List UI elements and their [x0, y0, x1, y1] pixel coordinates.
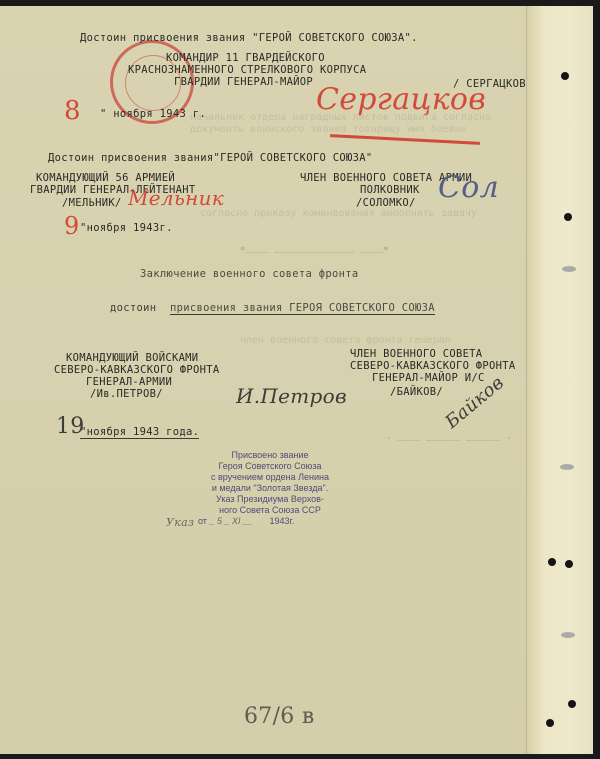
- award-stamp-date-value: _ 5 _ XI __: [209, 516, 253, 526]
- section1-commander-title-2: КРАСНОЗНАМЕННОГО СТРЕЛКОВОГО КОРПУСА: [128, 64, 366, 76]
- section1-commander-title-3: ГВАРДИИ ГЕНЕРАЛ-МАЙОР: [174, 76, 313, 88]
- section3-left-name: /Ив.ПЕТРОВ/: [90, 388, 163, 400]
- section3-date-text: "ноября 1943 года.: [80, 426, 199, 439]
- section2-right-title-2: ПОЛКОВНИК: [360, 184, 420, 196]
- section3-left-title-1: КОМАНДУЮЩИЙ ВОЙСКАМИ: [66, 352, 198, 364]
- award-stamp-line3: с вручением ордена Ленина: [190, 472, 350, 483]
- section2-right-name: /СОЛОМКО/: [356, 197, 416, 209]
- section3-left-title-2: СЕВЕРО-КАВКАЗСКОГО ФРОНТА: [54, 364, 220, 376]
- binding-hole: [568, 700, 576, 708]
- bleed-through-text: согласно приказу командования выполнить …: [200, 208, 477, 219]
- section3-left-signature: И.Петров: [236, 384, 347, 408]
- binding-hole: [548, 558, 556, 566]
- section3-faded-line: «____ ______________ ____»: [240, 244, 389, 254]
- award-stamp-line2: Героя Советского Союза: [190, 461, 350, 472]
- award-stamp-line4: и медали "Золотая Звезда".: [190, 483, 350, 494]
- section1-date-day: 8: [64, 96, 81, 126]
- section1-date-text: " ноября 1943 г.: [100, 108, 206, 120]
- section3-right-title-3: ГЕНЕРАЛ-МАЙОР И/С: [372, 372, 485, 384]
- paper-smudge: [562, 266, 576, 272]
- award-stamp-date-prefix: от: [198, 516, 207, 526]
- section1-signature: Сергацков: [316, 82, 486, 117]
- section1-commander-title-1: КОМАНДИР 11 ГВАРДЕЙСКОГО: [166, 52, 325, 64]
- section3-right-title-1: ЧЛЕН ВОЕННОГО СОВЕТА: [350, 348, 482, 360]
- section3-right-title-2: СЕВЕРО-КАВКАЗСКОГО ФРОНТА: [350, 360, 516, 372]
- award-stamp-line1: Присвоено звание: [190, 450, 350, 461]
- award-stamp-line6: ного Совета Союза ССР: [190, 505, 350, 516]
- section3-left-title-3: ГЕНЕРАЛ-АРМИИ: [86, 376, 172, 388]
- paper-smudge: [560, 464, 574, 470]
- archive-number: 67/6 в: [244, 704, 315, 729]
- section3-verdict-prefix: достоин: [110, 302, 156, 314]
- bleed-through-text: документы воинского звания товарищу имя …: [190, 124, 467, 135]
- award-stamp-line5: Указ Президиума Верхов-: [190, 494, 350, 505]
- section2-heading: Достоин присвоения звания"ГЕРОЙ СОВЕТСКО…: [48, 152, 372, 164]
- section3-verdict-underlined: присвоения звания ГЕРОЯ СОВЕТСКОГО СОЮЗА: [170, 302, 435, 315]
- section2-left-title-1: КОМАНДУЮЩИЙ 56 АРМИЕЙ: [36, 172, 175, 184]
- paper-smudge: [561, 632, 575, 638]
- binding-hole: [564, 213, 572, 221]
- award-handwritten-prefix: Указ: [166, 516, 194, 529]
- section2-left-name: /МЕЛЬНИК/: [62, 197, 122, 209]
- faded-note: . ____ ______ ______ .: [386, 432, 512, 442]
- binding-strip: [526, 6, 593, 754]
- binding-hole: [565, 560, 573, 568]
- binding-hole: [546, 719, 554, 727]
- section2-date-text: "ноября 1943г.: [80, 222, 173, 234]
- award-stamp-year: 1943г.: [270, 516, 295, 526]
- section2-date-day: 9: [64, 212, 80, 240]
- section3-right-name: /БАЙКОВ/: [390, 386, 443, 398]
- section2-right-signature: Сол: [438, 170, 499, 205]
- binding-hole: [561, 72, 569, 80]
- bleed-through-text: член военного совета фронта генерал: [240, 335, 451, 346]
- section2-left-signature: Мельник: [128, 186, 224, 210]
- award-stamp: Присвоено звание Героя Советского Союза …: [190, 450, 350, 527]
- section3-heading: Заключение военного совета фронта: [140, 268, 359, 280]
- award-stamp-date-line: от _ 5 _ XI __ 1943г.: [190, 516, 350, 527]
- section1-heading: Достоин присвоения звания "ГЕРОЙ СОВЕТСК…: [80, 32, 418, 44]
